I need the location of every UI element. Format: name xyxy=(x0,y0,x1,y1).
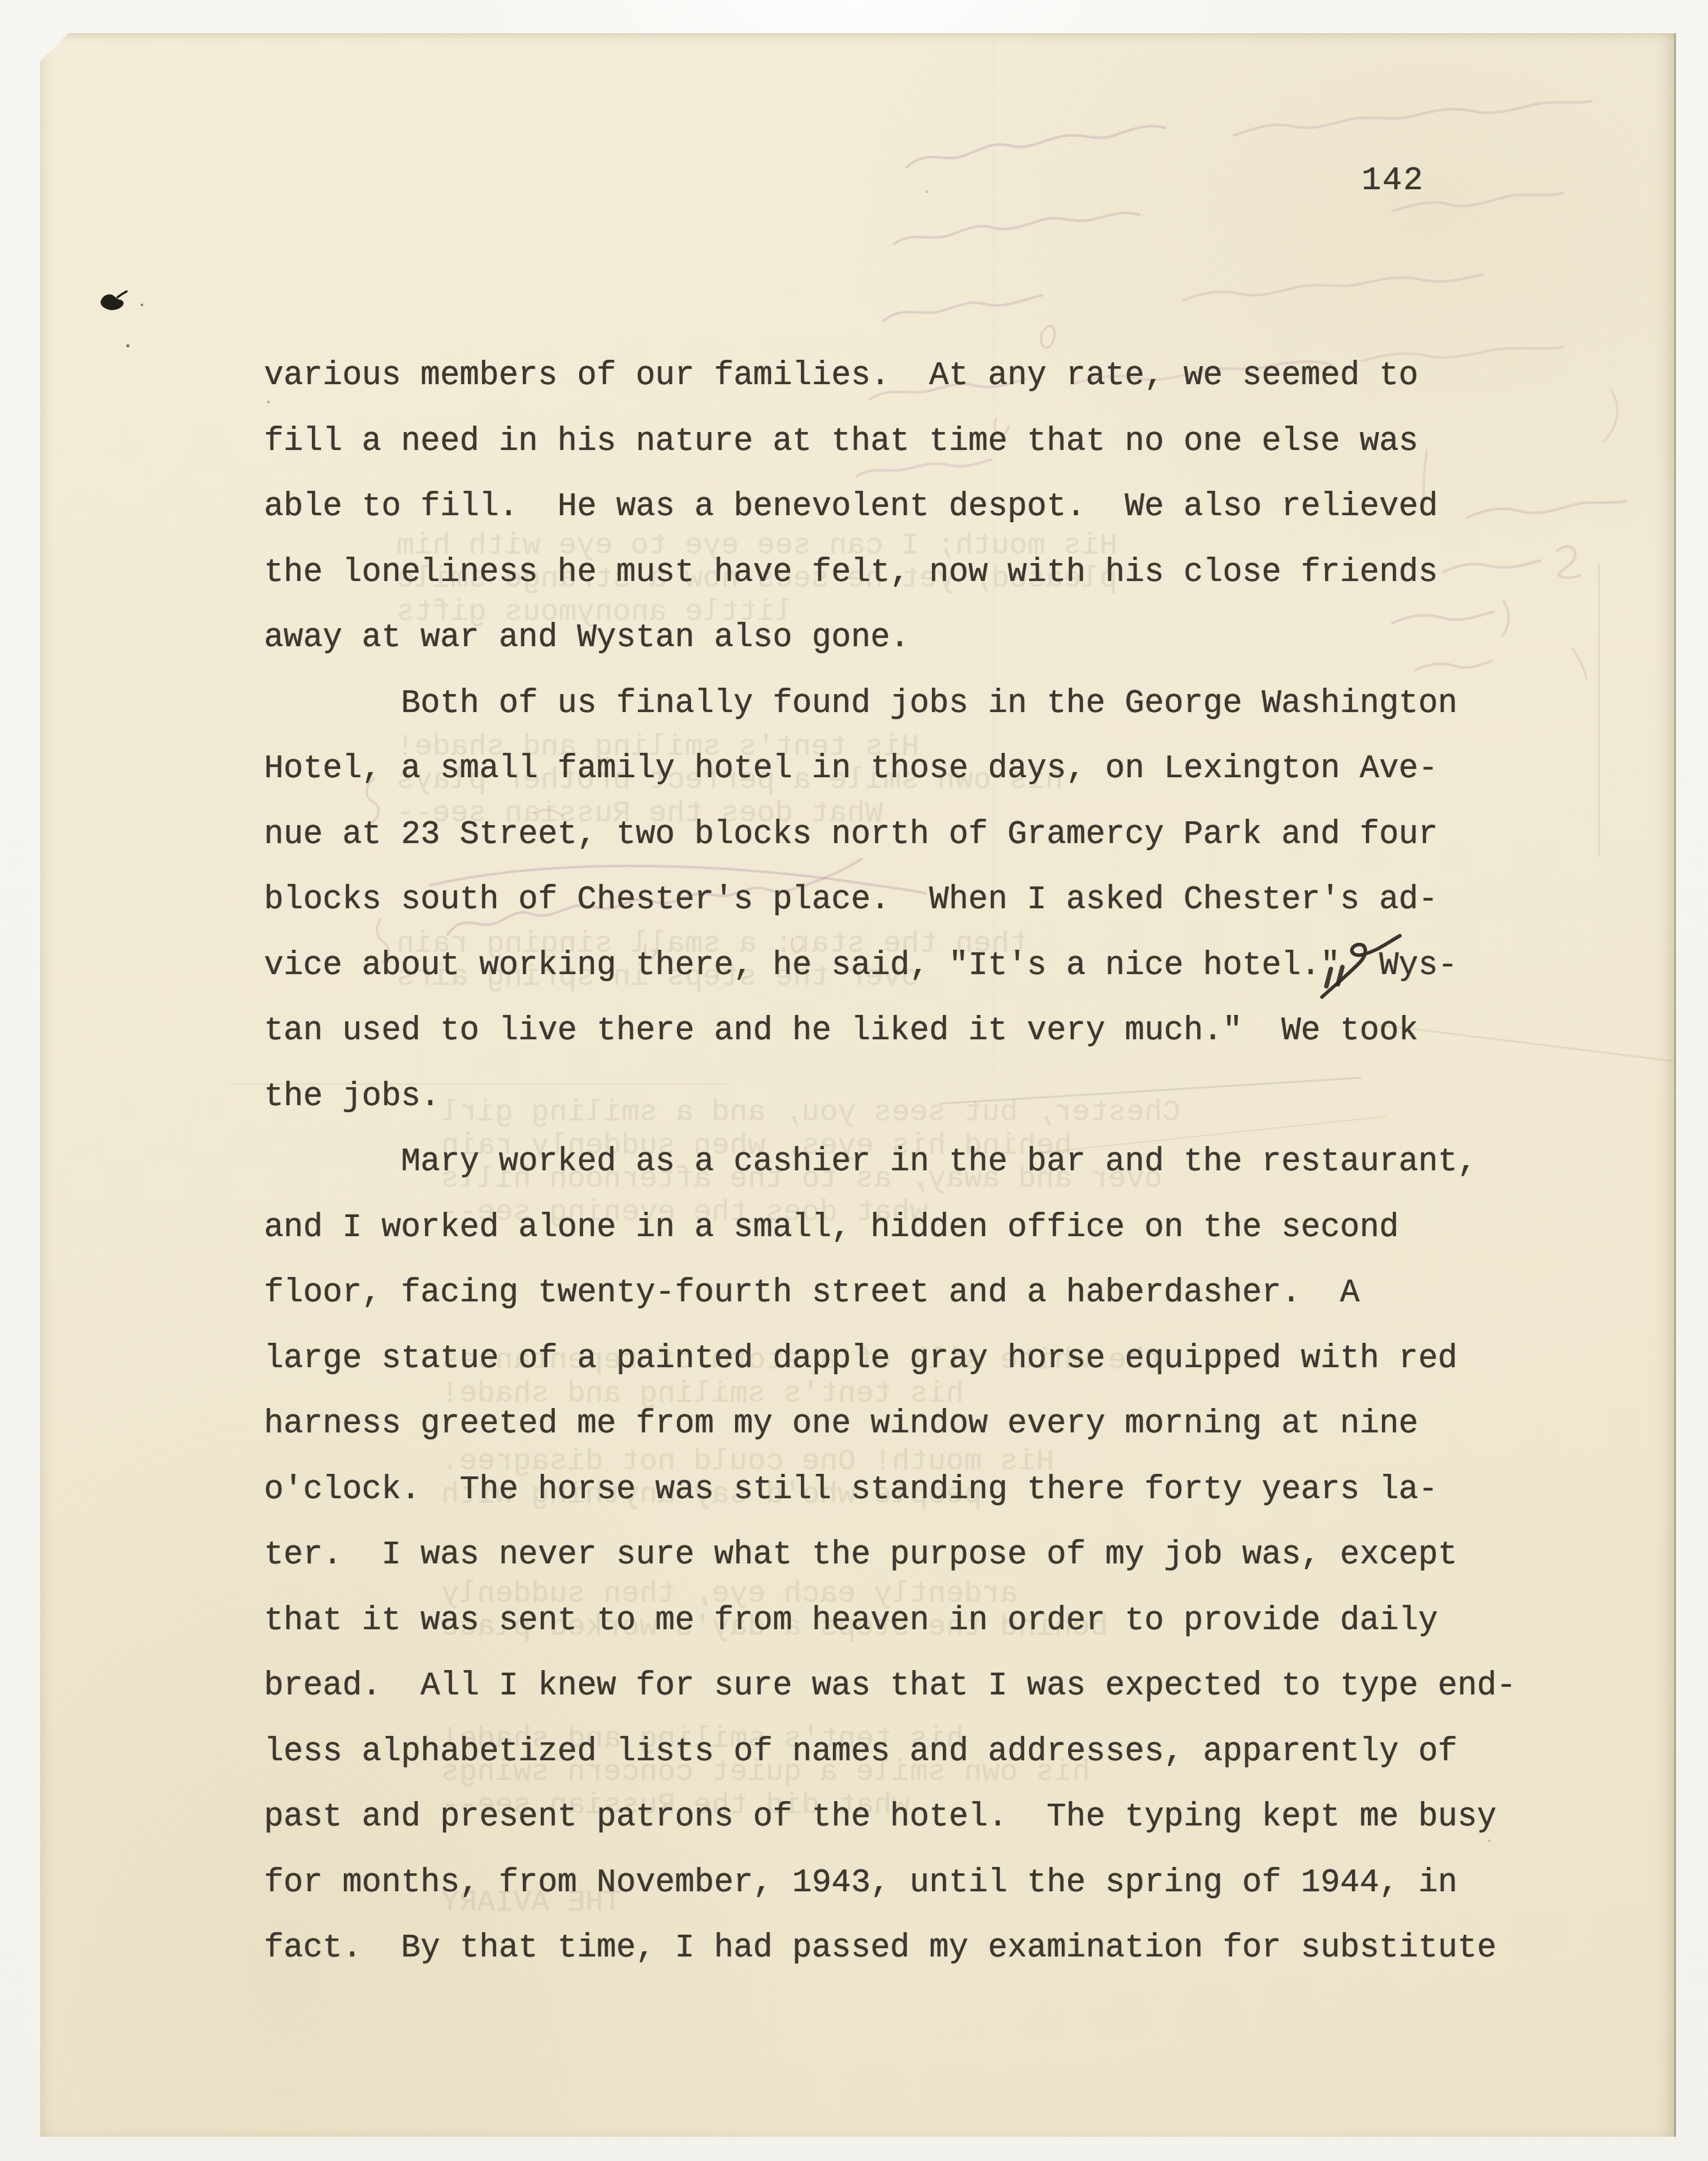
typescript-body: various members of our families. At any … xyxy=(264,344,1516,1982)
scanned-page: His mouth; I can see eye to eye with him… xyxy=(0,0,1708,2161)
page-number: 142 xyxy=(1362,165,1424,198)
